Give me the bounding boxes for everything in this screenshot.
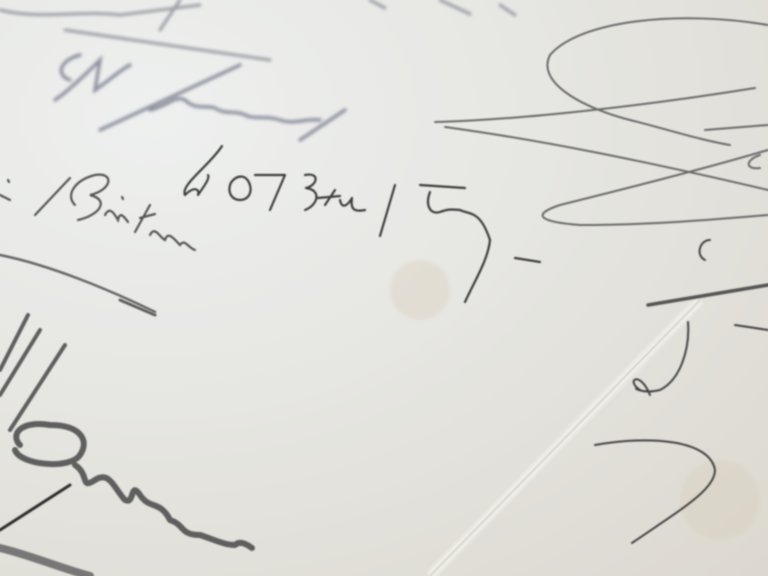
signature-hawes xyxy=(0,300,252,576)
signature-right-loops xyxy=(435,18,768,225)
signature-strokes xyxy=(0,0,768,576)
signature-barnes xyxy=(55,55,345,140)
signature-top xyxy=(0,0,515,60)
signature-photo: W O Bentley Britten ... Barnes Hawes xyxy=(0,0,768,576)
signature-britten xyxy=(0,175,195,312)
signature-bentley xyxy=(184,146,540,302)
